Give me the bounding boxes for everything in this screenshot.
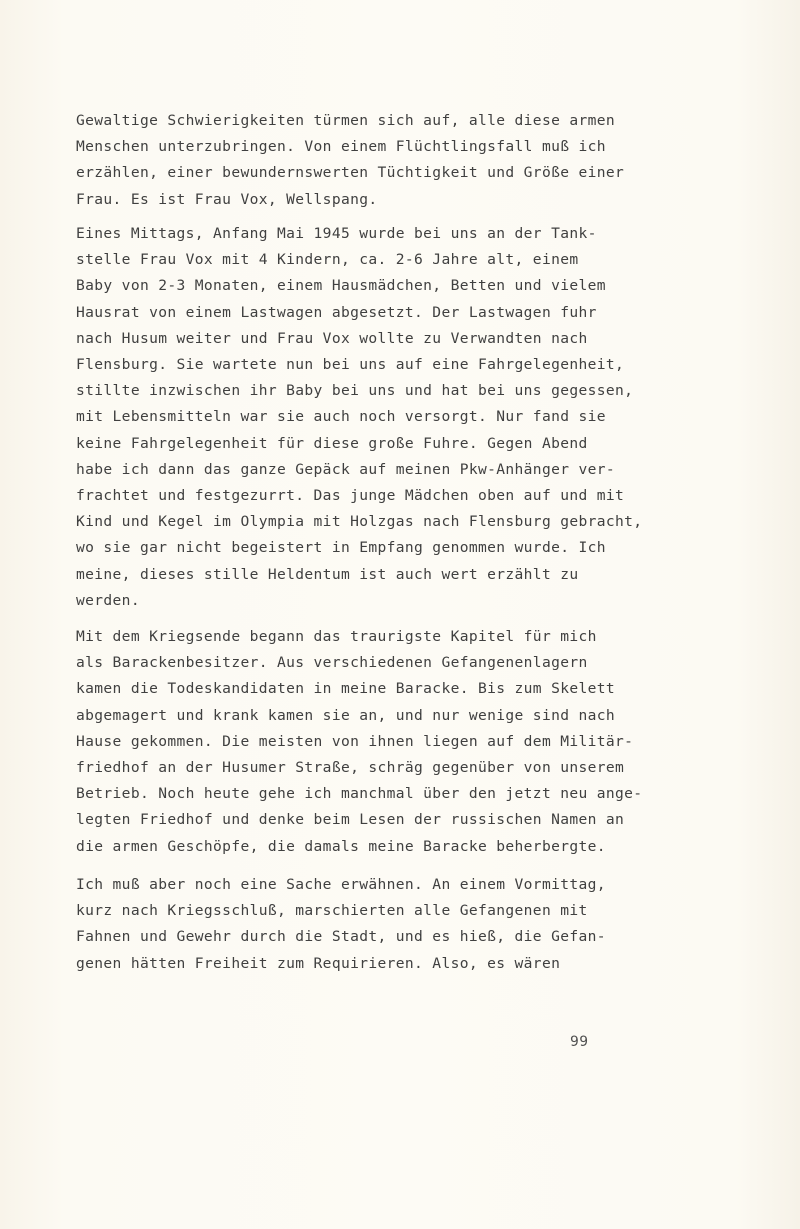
text-line: Kind und Kegel im Olympia mit Holzgas na… xyxy=(76,509,696,535)
text-line: abgemagert und krank kamen sie an, und n… xyxy=(76,703,696,729)
text-line: werden. xyxy=(76,588,696,614)
text-line: meine, dieses stille Heldentum ist auch … xyxy=(76,562,696,588)
page-number: 99 xyxy=(570,1033,589,1050)
text-line: wo sie gar nicht begeistert in Empfang g… xyxy=(76,535,696,561)
text-line: Frau. Es ist Frau Vox, Wellspang. xyxy=(76,187,696,213)
text-line: Flensburg. Sie wartete nun bei uns auf e… xyxy=(76,352,696,378)
text-line: Gewaltige Schwierigkeiten türmen sich au… xyxy=(76,108,696,134)
text-line: kamen die Todeskandidaten in meine Barac… xyxy=(76,676,696,702)
text-line: Baby von 2-3 Monaten, einem Hausmädchen,… xyxy=(76,273,696,299)
paragraph-war-end-barracks: Mit dem Kriegsende begann das traurigste… xyxy=(76,624,696,860)
paragraph-refugees-intro: Gewaltige Schwierigkeiten türmen sich au… xyxy=(76,108,696,213)
text-line: erzählen, einer bewundernswerten Tüchtig… xyxy=(76,160,696,186)
text-line: legten Friedhof und denke beim Lesen der… xyxy=(76,807,696,833)
text-line: Ich muß aber noch eine Sache erwähnen. A… xyxy=(76,872,696,898)
text-line: als Barackenbesitzer. Aus verschiedenen … xyxy=(76,650,696,676)
text-line: Fahnen und Gewehr durch die Stadt, und e… xyxy=(76,924,696,950)
text-line: keine Fahrgelegenheit für diese große Fu… xyxy=(76,431,696,457)
text-line: Menschen unterzubringen. Von einem Flüch… xyxy=(76,134,696,160)
text-line: frachtet und festgezurrt. Das junge Mädc… xyxy=(76,483,696,509)
text-line: Mit dem Kriegsende begann das traurigste… xyxy=(76,624,696,650)
text-line: stillte inzwischen ihr Baby bei uns und … xyxy=(76,378,696,404)
text-line: Hausrat von einem Lastwagen abgesetzt. D… xyxy=(76,300,696,326)
text-line: genen hätten Freiheit zum Requirieren. A… xyxy=(76,951,696,977)
text-line: Hause gekommen. Die meisten von ihnen li… xyxy=(76,729,696,755)
text-line: Eines Mittags, Anfang Mai 1945 wurde bei… xyxy=(76,221,696,247)
text-line: friedhof an der Husumer Straße, schräg g… xyxy=(76,755,696,781)
text-line: Betrieb. Noch heute gehe ich manchmal üb… xyxy=(76,781,696,807)
text-line: nach Husum weiter und Frau Vox wollte zu… xyxy=(76,326,696,352)
paragraph-frau-vox-story: Eines Mittags, Anfang Mai 1945 wurde bei… xyxy=(76,221,696,614)
text-line: kurz nach Kriegsschluß, marschierten all… xyxy=(76,898,696,924)
text-line: habe ich dann das ganze Gepäck auf meine… xyxy=(76,457,696,483)
text-line: stelle Frau Vox mit 4 Kindern, ca. 2-6 J… xyxy=(76,247,696,273)
text-line: mit Lebensmitteln war sie auch noch vers… xyxy=(76,404,696,430)
paragraph-prisoners-march: Ich muß aber noch eine Sache erwähnen. A… xyxy=(76,872,696,977)
text-line: die armen Geschöpfe, die damals meine Ba… xyxy=(76,834,696,860)
document-page: Gewaltige Schwierigkeiten türmen sich au… xyxy=(0,0,800,1229)
